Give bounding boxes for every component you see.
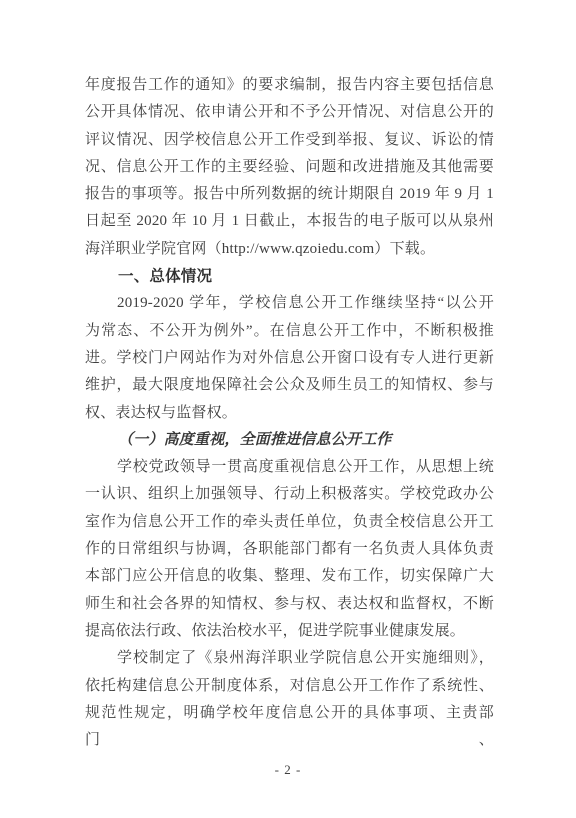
text-line: 公开具体情况、依申请公开和不予公开情况、对信息公开的 xyxy=(85,99,494,126)
text-line: 海洋职业学院官网（http://www.qzoiedu.com）下载。 xyxy=(85,236,494,263)
document-page: 年度报告工作的通知》的要求编制，报告内容主要包括信息 公开具体情况、依申请公开和… xyxy=(0,0,576,818)
text-line: 作的日常组织与协调，各职能部门都有一名负责人具体负责 xyxy=(85,536,494,563)
page-number: - 2 - xyxy=(0,758,576,782)
text-line: 师生和社会各界的知情权、参与权、表达权和监督权，不断 xyxy=(85,591,494,618)
text-line: 学校制定了《泉州海洋职业学院信息公开实施细则》， xyxy=(85,645,494,672)
text-line: 进。学校门户网站作为对外信息公开窗口设有专人进行更新 xyxy=(85,345,494,372)
text-line: 依托构建信息公开制度体系，对信息公开工作作了系统性、 xyxy=(85,673,494,700)
section-heading: 一、总体情况 xyxy=(85,263,494,290)
text-line: 维护，最大限度地保障社会公众及师生员工的知情权、参与 xyxy=(85,372,494,399)
text-line: 一认识、组织上加强领导、行动上积极落实。学校党政办公 xyxy=(85,481,494,508)
text-line: 提高依法行政、依法治校水平，促进学院事业健康发展。 xyxy=(85,618,494,645)
text-line: 权、表达权与监督权。 xyxy=(85,400,494,427)
text-line: 日起至 2020 年 10 月 1 日截止，本报告的电子版可以从泉州 xyxy=(85,208,494,235)
text-line: 评议情况、因学校信息公开工作受到举报、复议、诉讼的情 xyxy=(85,127,494,154)
text-line: 学校党政领导一贯高度重视信息公开工作，从思想上统 xyxy=(85,454,494,481)
text-line: 为常态、不公开为例外”。在信息公开工作中，不断积极推 xyxy=(85,318,494,345)
text-line: 况、信息公开工作的主要经验、问题和改进措施及其他需要 xyxy=(85,154,494,181)
text-line: 2019-2020 学年，学校信息公开工作继续坚持“以公开 xyxy=(85,290,494,317)
text-line: 本部门应公开信息的收集、整理、发布工作，切实保障广大 xyxy=(85,563,494,590)
text-line: 报告的事项等。报告中所列数据的统计期限自 2019 年 9 月 1 xyxy=(85,181,494,208)
text-line: 规范性规定，明确学校年度信息公开的具体事项、主责部门、 xyxy=(85,700,494,727)
text-line: 室作为信息公开工作的牵头责任单位，负责全校信息公开工 xyxy=(85,509,494,536)
text-line: 年度报告工作的通知》的要求编制，报告内容主要包括信息 xyxy=(85,72,494,99)
subsection-heading: （一）高度重视，全面推进信息公开工作 xyxy=(85,427,494,454)
document-body: 年度报告工作的通知》的要求编制，报告内容主要包括信息 公开具体情况、依申请公开和… xyxy=(85,72,494,727)
